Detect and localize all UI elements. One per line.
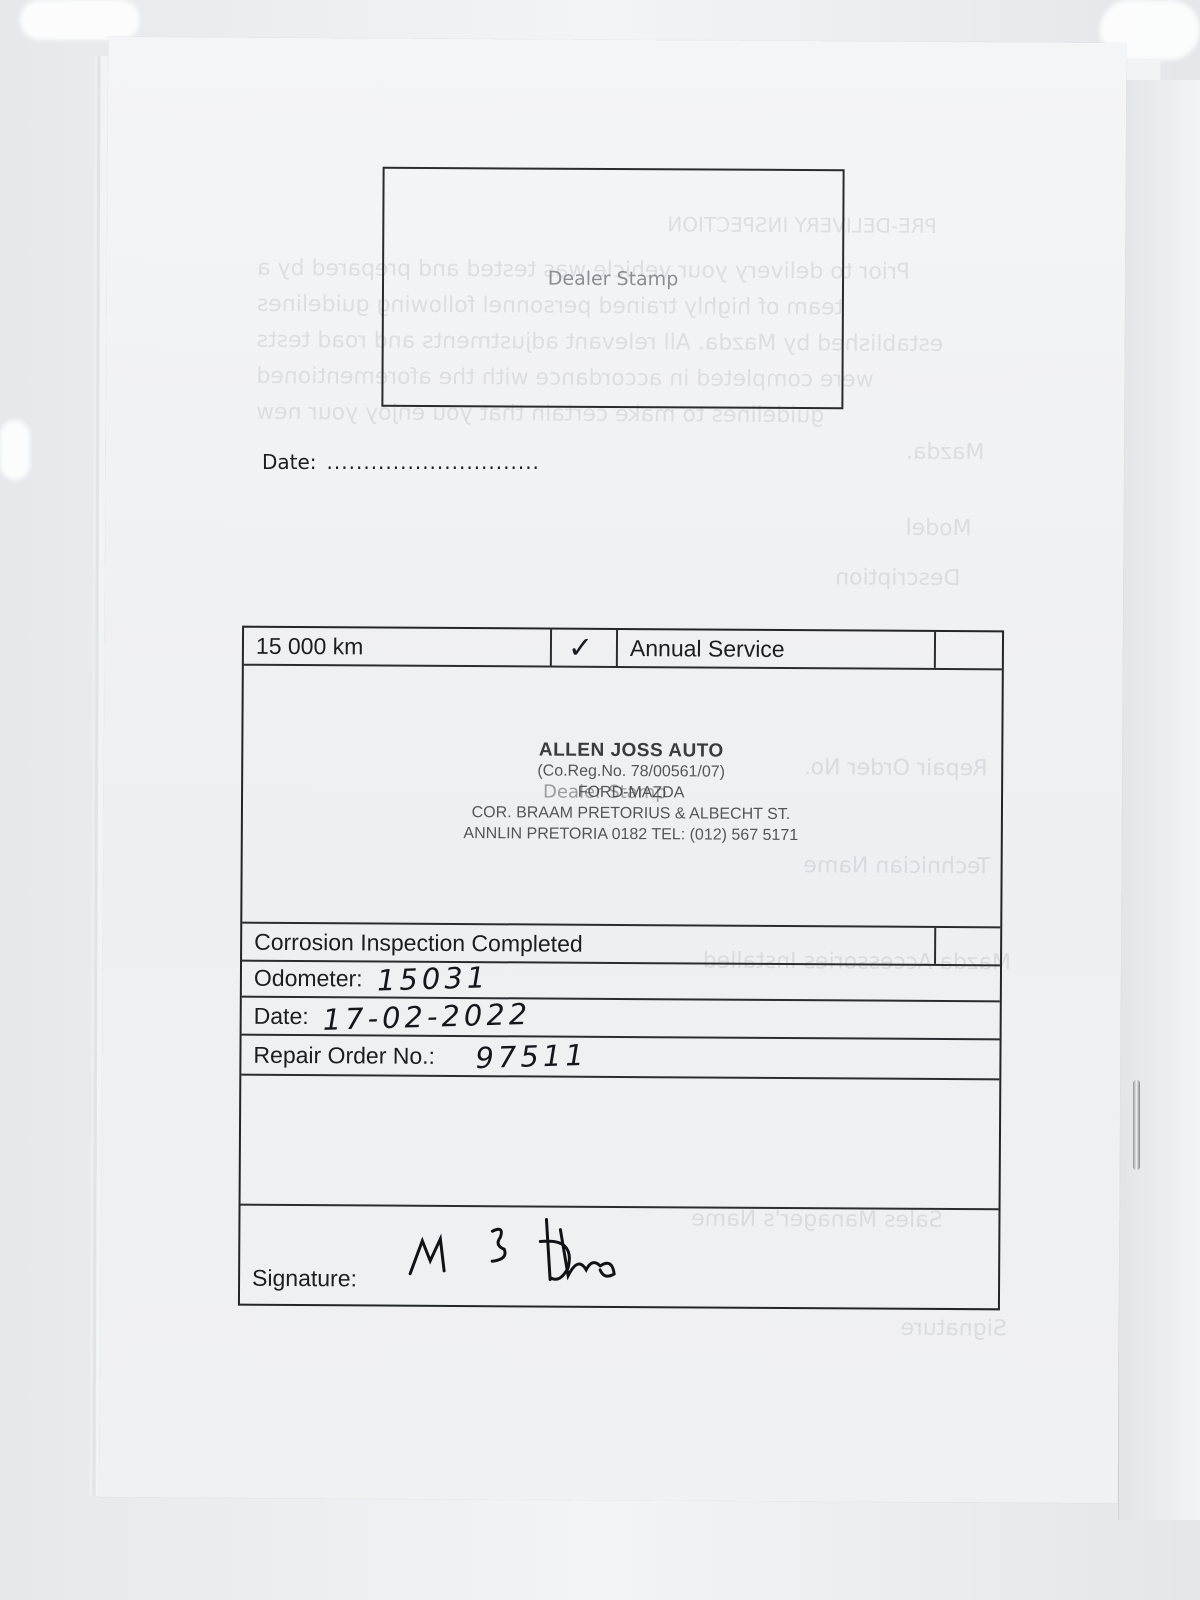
show-through-line: Description (835, 565, 960, 591)
repair-order-value: 97511 (475, 1038, 588, 1075)
service-interval-row: 15 000 km ✓ Annual Service (244, 628, 1002, 671)
facing-page-edge (1118, 80, 1200, 1520)
staple-icon (1133, 1080, 1140, 1170)
corrosion-checkbox[interactable] (936, 928, 998, 964)
show-through-line: Mazda. (906, 440, 985, 465)
repair-order-field[interactable]: Repair Order No.: 97511 (241, 1036, 999, 1079)
show-through-line: Model (905, 516, 971, 541)
dealer-rubber-stamp: ALLEN JOSS AUTO (Co.Reg.No. 78/00561/07)… (361, 738, 902, 846)
stamp-date-field[interactable]: Date:............................. (262, 450, 540, 474)
annual-service-label: Annual Service (618, 634, 785, 662)
annual-service-cell: Annual Service (618, 630, 936, 668)
service-date-field[interactable]: Date: 17-02-2022 (242, 998, 1000, 1039)
interval-cell: 15 000 km (244, 628, 552, 666)
signature-row[interactable]: Signature: (240, 1206, 999, 1309)
interval-checkbox[interactable]: ✓ (552, 630, 618, 666)
date-row: Date: 17-02-2022 (242, 998, 1000, 1041)
stamp-date-label: Date: (262, 450, 317, 474)
interval-label: 15 000 km (244, 632, 364, 660)
service-date-label: Date: (242, 1002, 309, 1029)
corrosion-label: Corrosion Inspection Completed (242, 928, 583, 957)
signature-label: Signature: (252, 1265, 357, 1293)
service-date-value: 17-02-2022 (322, 997, 531, 1037)
odometer-row: Odometer: 15031 (242, 960, 1000, 1003)
corrosion-label-cell: Corrosion Inspection Completed (242, 924, 936, 964)
light-glare (0, 420, 30, 480)
dealer-city-phone: ANNLIN PRETORIA 0182 TEL: (012) 567 5171 (361, 822, 901, 846)
handwritten-signature (400, 1179, 681, 1291)
repair-order-row: Repair Order No.: 97511 (241, 1036, 999, 1081)
dealer-stamp-box: Dealer Stamp (381, 167, 844, 409)
light-glare (20, 0, 140, 40)
show-through-line: Signature (901, 1316, 1007, 1342)
annual-service-checkbox[interactable] (936, 632, 1000, 668)
repair-order-label: Repair Order No.: (241, 1041, 435, 1069)
stamp-date-placeholder: ............................. (327, 450, 540, 474)
dealer-stamp-label: Dealer Stamp (384, 267, 842, 291)
odometer-value: 15031 (376, 960, 489, 997)
odometer-label: Odometer: (242, 964, 363, 992)
odometer-field[interactable]: Odometer: 15031 (242, 960, 1000, 1001)
check-mark-icon: ✓ (552, 630, 593, 665)
service-record-form: 15 000 km ✓ Annual Service Dealer Stamp … (238, 626, 1004, 1311)
